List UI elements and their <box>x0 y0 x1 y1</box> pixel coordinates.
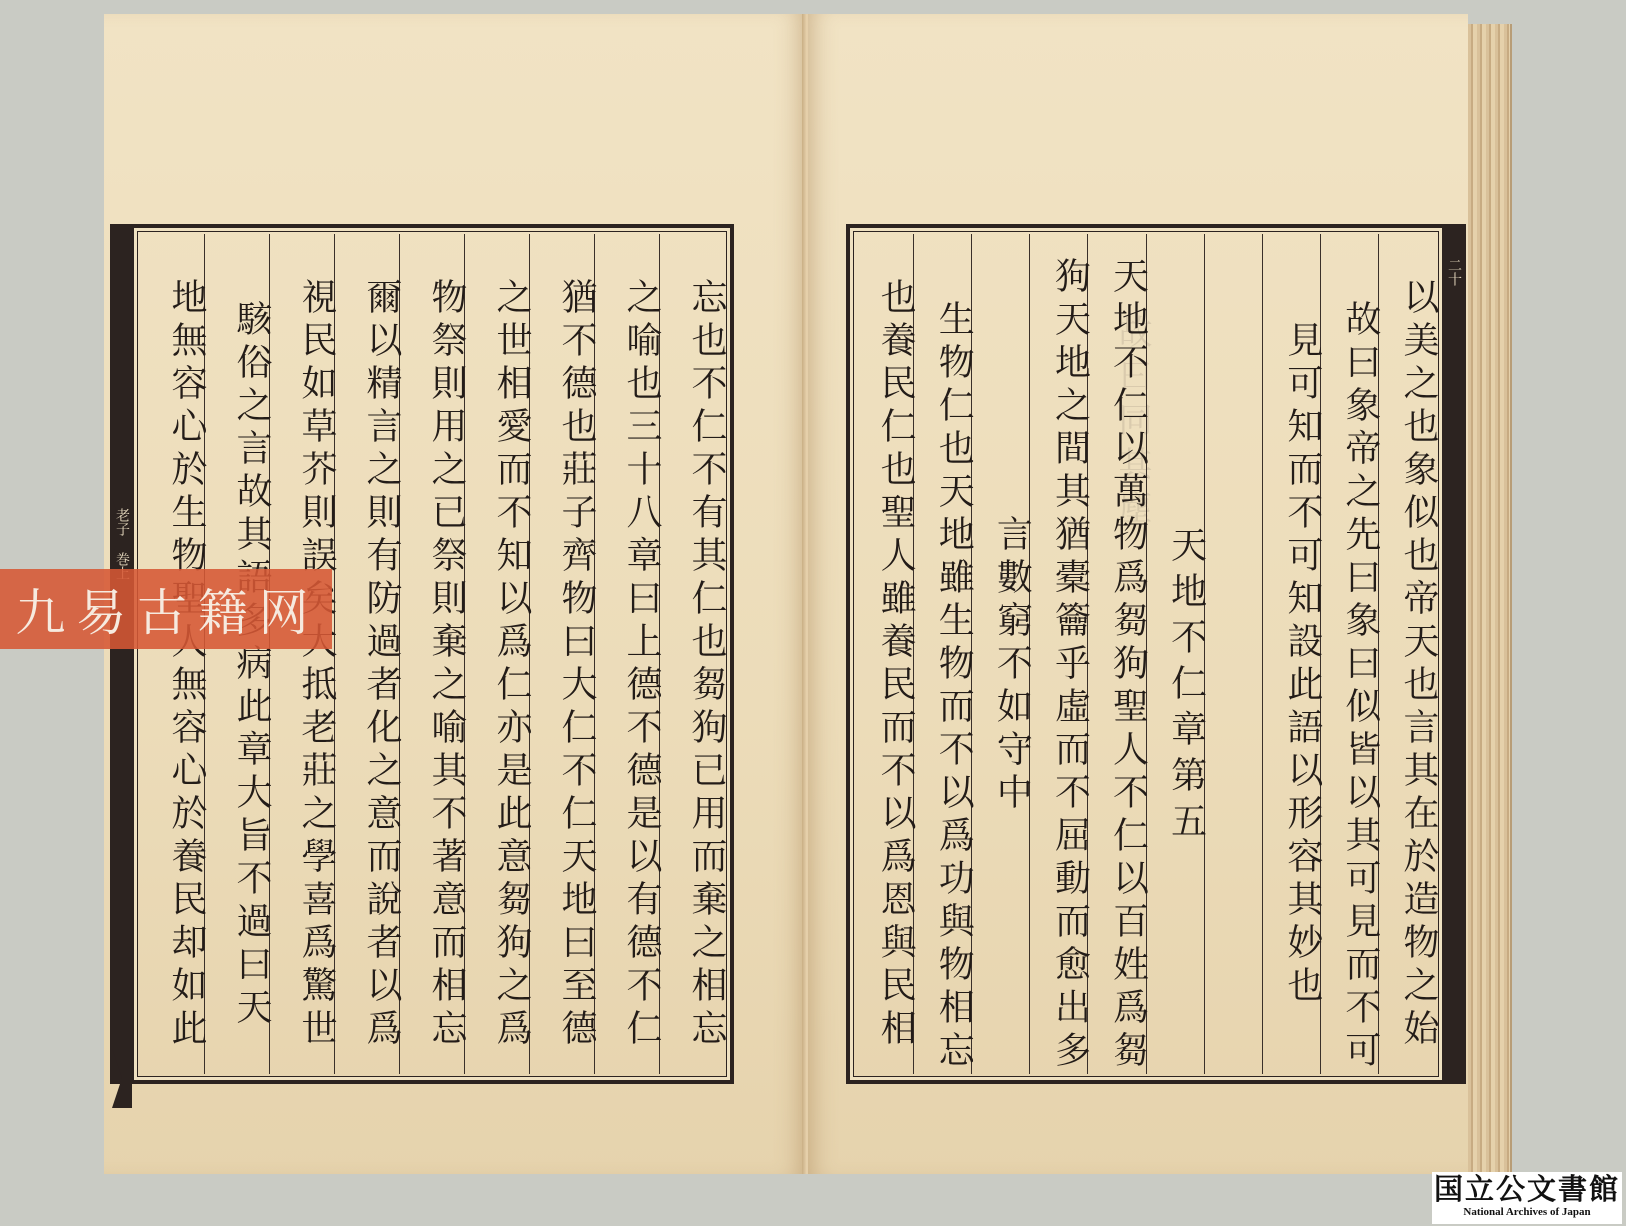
archive-logo-english: National Archives of Japan <box>1432 1206 1622 1218</box>
watermark-char: 易 <box>76 573 134 645</box>
column-text: 見可知而不可知設此語以形容其妙也 <box>1263 321 1320 1009</box>
column-text: 之喻也三十八章曰上德不德是以有德不仁 <box>595 278 659 1052</box>
column-text: 忘也不仁不有其仁也芻狗已用而棄之相忘 <box>660 278 724 1052</box>
watermark-char: 籍 <box>198 573 256 645</box>
column-text: 故曰象帝之先曰象曰似皆以其可見而不可 <box>1321 256 1378 1074</box>
left-text-columns: 忘也不仁不有其仁也芻狗已用而棄之相忘 之喻也三十八章曰上德不德是以有德不仁 猶不… <box>140 234 724 1074</box>
right-text-columns: 以美之也象似也帝天也言其在於造物之始 故曰象帝之先曰象曰似皆以其可見而不可 見可… <box>856 234 1436 1074</box>
text-column: 也養民仁也聖人雖養民而不以爲恩與民相 <box>856 234 913 1074</box>
text-column: 生物仁也天地雖生物而不以爲功與物相忘 <box>913 234 971 1074</box>
text-column: 故曰象帝之先曰象曰似皆以其可見而不可 <box>1320 234 1378 1074</box>
column-text: 爾以精言之則有防過者化之意而說者以爲 <box>335 278 399 1052</box>
text-column: 駭俗之言故其語多病此章大旨不過曰天 <box>204 234 269 1074</box>
empty-column <box>1204 234 1262 1074</box>
column-text: 駭俗之言故其語多病此章大旨不過曰天 <box>205 300 269 1031</box>
text-column: 之世相愛而不知以爲仁亦是此意芻狗之爲 <box>464 234 529 1074</box>
fishtail-mark-bottom <box>112 1048 132 1108</box>
right-page: 故曰同其塵 二十 以美之也象似也帝天也言其在於造物之始 故曰象帝之先曰象曰似皆以… <box>808 14 1468 1174</box>
column-text: 地無容心於生物聖人無容心於養民却如此 <box>140 278 204 1052</box>
column-text: 以美之也象似也帝天也言其在於造物之始 <box>1379 278 1436 1052</box>
national-archives-logo: 国立公文書館 National Archives of Japan <box>1432 1172 1622 1224</box>
column-text: 生物仁也天地雖生物而不以爲功與物相忘 <box>914 256 971 1074</box>
text-column: 猶不德也莊子齊物曰大仁不仁天地曰至德 <box>529 234 594 1074</box>
text-column: 物祭則用之已祭則棄之喻其不著意而相忘 <box>399 234 464 1074</box>
text-column: 忘也不仁不有其仁也芻狗已用而棄之相忘 <box>659 234 724 1074</box>
text-column: 狗天地之間其猶橐籥乎虛而不屈動而愈出多 <box>1029 234 1087 1074</box>
left-page-frame: 老子 巻上 忘也不仁不有其仁也芻狗已用而棄之相忘 之喻也三十八章曰上德不德是以有… <box>110 224 734 1084</box>
chapter-title: 天地不仁章第五 <box>1146 234 1204 1074</box>
text-column: 視民如草芥則誤矣大抵老莊之學喜爲驚世 <box>269 234 334 1074</box>
column-text: 之世相愛而不知以爲仁亦是此意芻狗之爲 <box>465 278 529 1052</box>
column-text: 猶不德也莊子齊物曰大仁不仁天地曰至德 <box>530 278 594 1052</box>
site-watermark: 九 易 古 籍 网 <box>0 569 332 649</box>
archive-logo-japanese: 国立公文書館 <box>1432 1172 1622 1206</box>
right-page-frame: 二十 以美之也象似也帝天也言其在於造物之始 故曰象帝之先曰象曰似皆以其可見而不可… <box>846 224 1466 1084</box>
page-stack-edges <box>1468 24 1512 1174</box>
right-spine-label: 二十 <box>1444 258 1464 286</box>
column-text: 物祭則用之已祭則棄之喻其不著意而相忘 <box>400 278 464 1052</box>
watermark-char: 网 <box>259 573 317 645</box>
text-column: 見可知而不可知設此語以形容其妙也 <box>1262 234 1320 1074</box>
text-column: 地無容心於生物聖人無容心於養民却如此 <box>140 234 204 1074</box>
column-text: 天地不仁以萬物爲芻狗聖人不仁以百姓爲芻 <box>1088 257 1145 1074</box>
text-column: 言數窮不如守中 <box>971 234 1029 1074</box>
watermark-char: 九 <box>15 573 73 645</box>
watermark-char: 古 <box>137 573 195 645</box>
column-text: 狗天地之間其猶橐籥乎虛而不屈動而愈出多 <box>1030 257 1087 1074</box>
text-column: 爾以精言之則有防過者化之意而說者以爲 <box>334 234 399 1074</box>
column-text: 也養民仁也聖人雖養民而不以爲恩與民相 <box>856 278 913 1052</box>
text-column: 以美之也象似也帝天也言其在於造物之始 <box>1378 234 1436 1074</box>
column-text: 視民如草芥則誤矣大抵老莊之學喜爲驚世 <box>270 278 334 1052</box>
column-text: 言數窮不如守中 <box>972 515 1029 816</box>
text-column: 天地不仁以萬物爲芻狗聖人不仁以百姓爲芻 <box>1087 234 1145 1074</box>
text-column: 之喻也三十八章曰上德不德是以有德不仁 <box>594 234 659 1074</box>
chapter-title-text: 天地不仁章第五 <box>1147 482 1204 848</box>
